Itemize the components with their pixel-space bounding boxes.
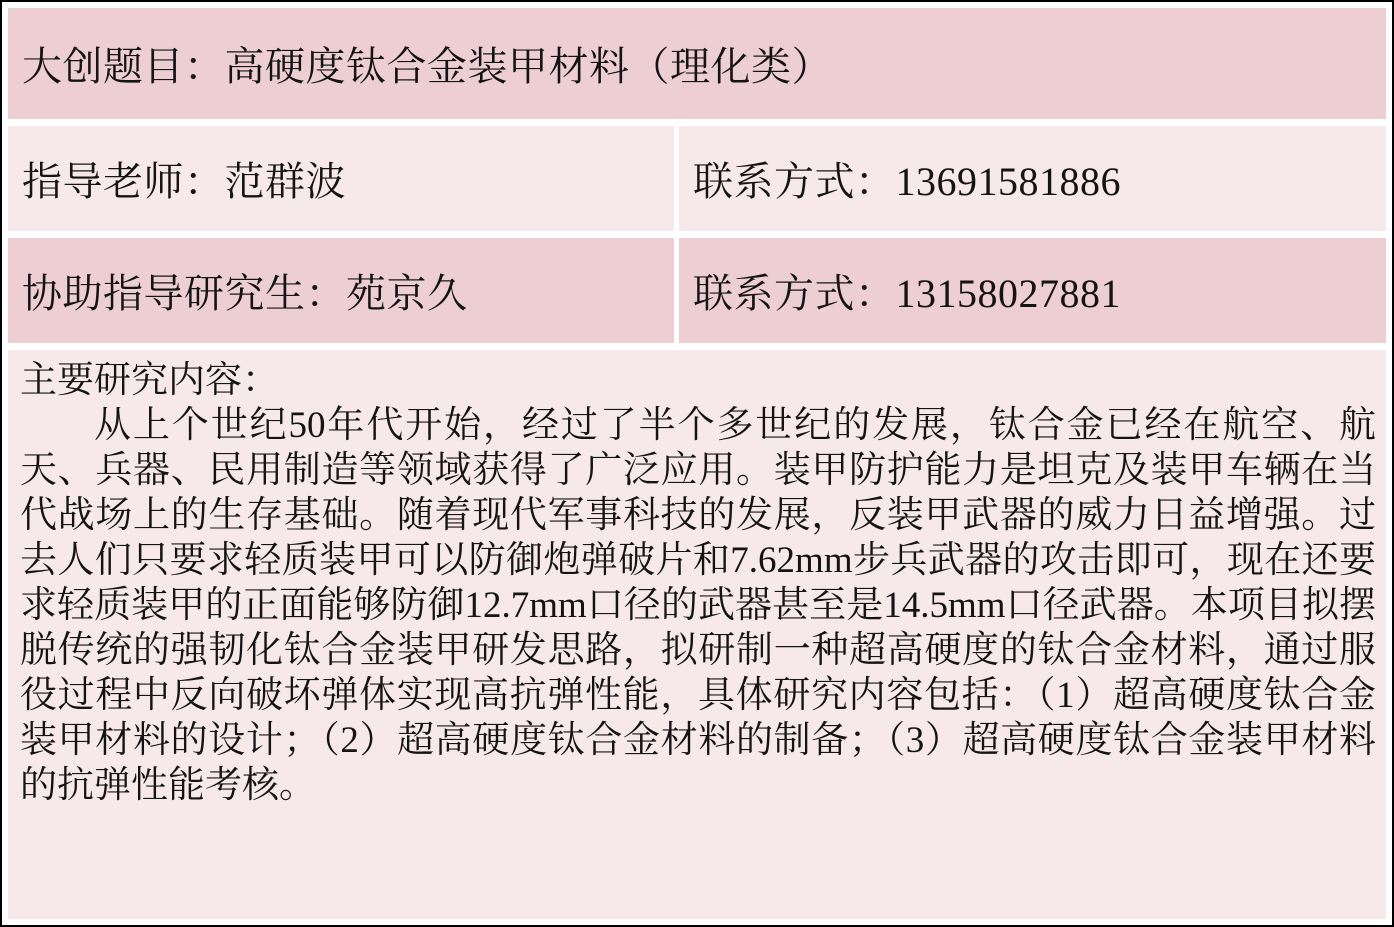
advisor-contact-cell: 联系方式：13691581886 <box>679 126 1386 231</box>
assistant-advisor-text: 协助指导研究生：苑京久 <box>22 262 468 319</box>
assistant-contact-cell: 联系方式：13158027881 <box>679 238 1386 343</box>
research-content-paragraph: 从上个世纪50年代开始，经过了半个多世纪的发展，钛合金已经在航空、航天、兵器、民… <box>20 403 1376 808</box>
research-content-heading: 主要研究内容： <box>20 358 1376 403</box>
advisor-contact-text: 联系方式：13691581886 <box>693 150 1121 207</box>
document-page: 大创题目：高硬度钛合金装甲材料（理化类） 指导老师：范群波 联系方式：13691… <box>0 0 1394 927</box>
project-title-text: 大创题目：高硬度钛合金装甲材料（理化类） <box>22 35 832 92</box>
project-title-cell: 大创题目：高硬度钛合金装甲材料（理化类） <box>8 8 1386 119</box>
assistant-advisor-cell: 协助指导研究生：苑京久 <box>8 238 674 343</box>
advisor-cell: 指导老师：范群波 <box>8 126 674 231</box>
advisor-text: 指导老师：范群波 <box>22 150 346 207</box>
research-content-cell: 主要研究内容： 从上个世纪50年代开始，经过了半个多世纪的发展，钛合金已经在航空… <box>8 350 1386 919</box>
assistant-contact-text: 联系方式：13158027881 <box>693 262 1121 319</box>
project-info-table: 大创题目：高硬度钛合金装甲材料（理化类） 指导老师：范群波 联系方式：13691… <box>8 8 1386 919</box>
